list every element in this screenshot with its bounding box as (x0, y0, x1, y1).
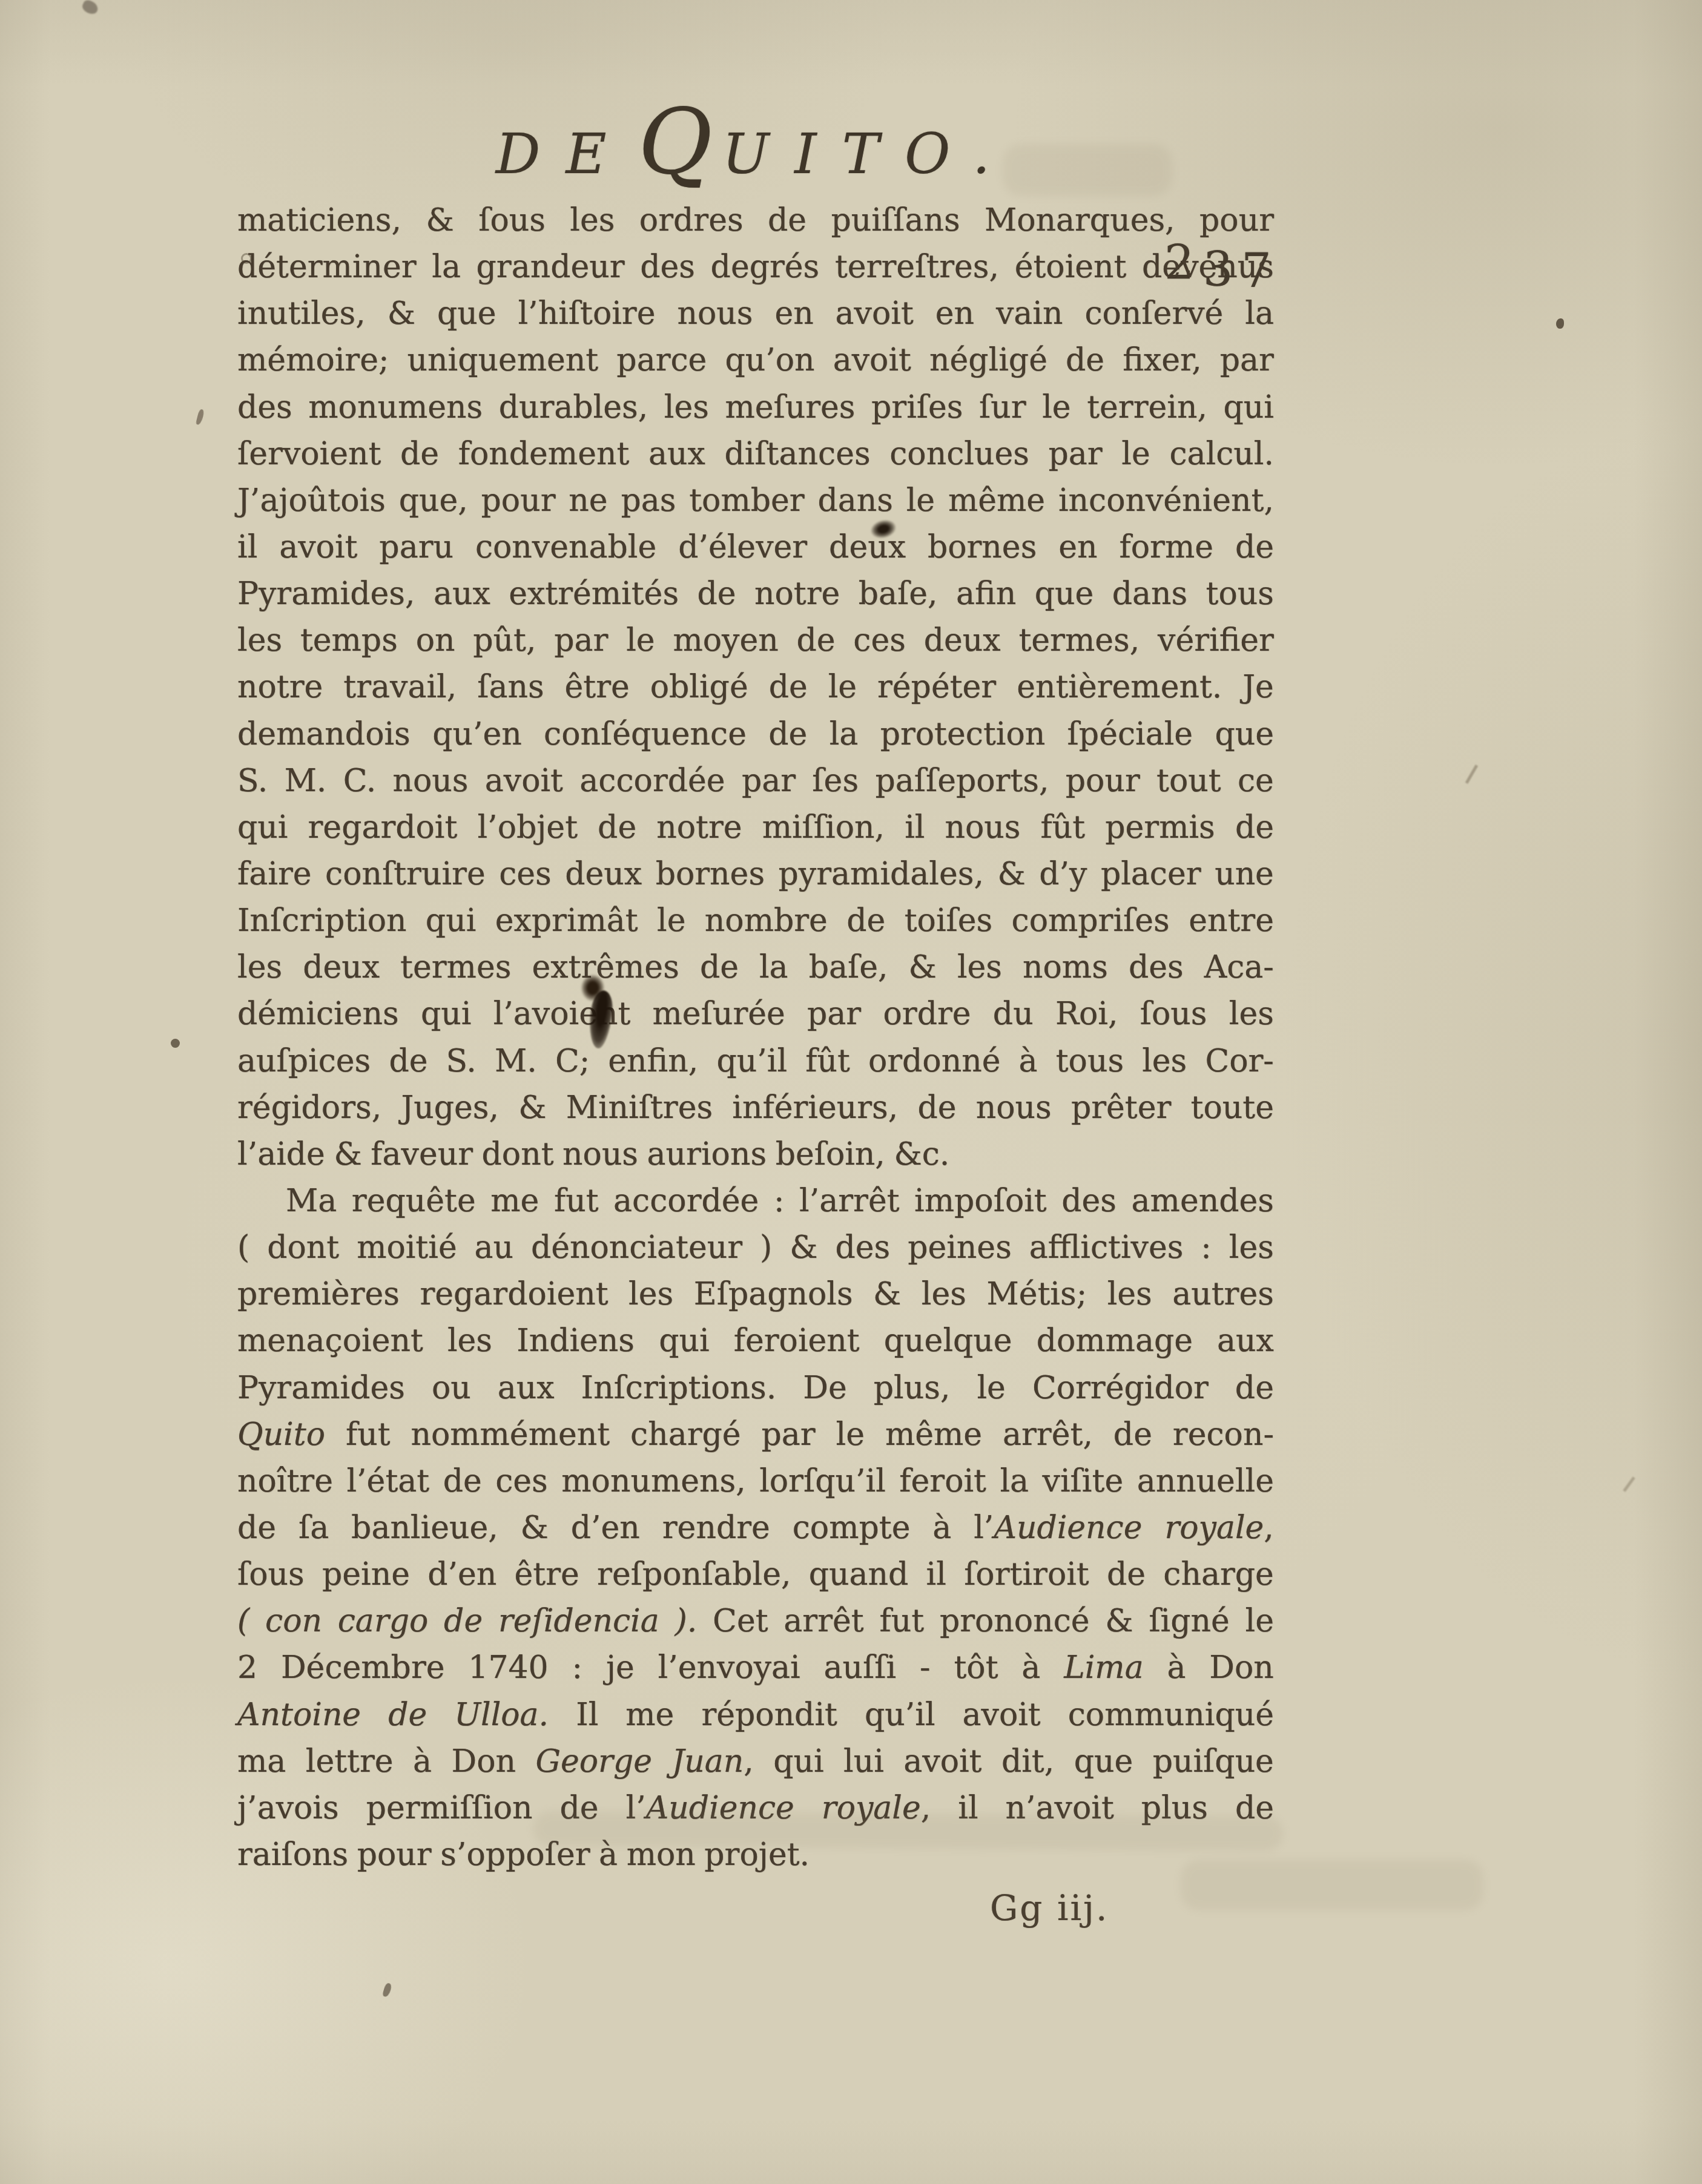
text-segment: la (1245, 295, 1274, 332)
text-word: 1740 (468, 1645, 548, 1691)
text-segment: le (828, 669, 857, 705)
text-word: vérifier (1158, 617, 1274, 664)
text-word: les (1229, 1225, 1274, 1271)
text-segment: ordonné (868, 1043, 1001, 1079)
text-segment: les (447, 1323, 492, 1359)
text-segment: termes, (1018, 622, 1140, 659)
text-word: de (1113, 1412, 1152, 1458)
text-segment: notre (237, 669, 323, 705)
text-word: ſa (299, 1505, 329, 1551)
text-word: Inſcription (237, 898, 407, 944)
text-segment: par (807, 996, 861, 1032)
text-word: ſigné (1149, 1598, 1229, 1645)
text-word: exprimât (495, 898, 638, 944)
text-segment: con (265, 1603, 322, 1639)
text-word: de (389, 1038, 427, 1085)
text-segment: terreſtres, (835, 249, 999, 285)
text-word: par (1049, 431, 1103, 478)
text-segment: enfin, (608, 1043, 698, 1079)
text-word: 2 (237, 1645, 257, 1691)
text-segment: dit, (1001, 1743, 1054, 1780)
text-word: de (237, 1505, 276, 1551)
text-segment: les (570, 202, 615, 238)
text-segment: de (918, 1090, 957, 1126)
text-segment: regardoient (420, 1276, 608, 1312)
text-word: à (413, 1738, 432, 1785)
text-word: pût, (473, 617, 536, 664)
text-segment: recon- (1173, 1416, 1274, 1453)
text-word: ſpéciale (1067, 711, 1193, 758)
text-segment: vain (996, 295, 1063, 332)
text-segment: charge (1163, 1556, 1274, 1593)
text-segment: ce (1238, 763, 1274, 799)
text-segment: l’état (346, 1463, 429, 1499)
text-word: de (444, 1598, 483, 1645)
text-word: S. (446, 1038, 477, 1085)
text-segment: négligé (929, 342, 1047, 378)
text-segment: la (759, 949, 788, 985)
text-word: qui (659, 1318, 709, 1364)
text-segment: chargé (630, 1416, 741, 1453)
text-segment: moyen (673, 622, 778, 659)
text-word: aux (434, 571, 490, 617)
text-segment: nommément (411, 1416, 610, 1453)
text-segment: ces (499, 856, 552, 892)
text-segment: démiciens (237, 996, 399, 1032)
text-line: menaçoientlesIndiensquiferoientquelquedo… (237, 1318, 1274, 1364)
text-segment: S. (237, 763, 268, 799)
text-word: Aca- (1204, 944, 1274, 991)
text-word: Décembre (281, 1645, 445, 1691)
text-word: tôt (954, 1645, 998, 1691)
text-word: diſtances (724, 431, 870, 478)
text-word: nous (677, 291, 753, 337)
text-segment: autres (1172, 1276, 1274, 1312)
text-segment: des (1061, 1183, 1117, 1219)
text-segment: de (598, 809, 636, 846)
text-word: impoſoit (914, 1178, 1047, 1225)
text-word: Corrégidor (1032, 1365, 1209, 1412)
text-segment: ). (675, 1603, 698, 1639)
text-segment: & (426, 202, 454, 238)
text-segment: qui (237, 809, 288, 846)
text-word: protection (880, 711, 1046, 758)
text-segment: ces (495, 1463, 548, 1499)
text-segment: le (1245, 1603, 1274, 1639)
text-word: compriſes (1012, 898, 1170, 944)
text-word: l’envoyai (658, 1645, 800, 1691)
text-word: conſéquence (544, 711, 747, 758)
text-segment: Monarques, (985, 202, 1175, 238)
text-segment: puiſſans (831, 202, 960, 238)
text-segment: on (416, 622, 455, 659)
text-segment: l’hiſtoire (518, 295, 655, 332)
text-word: être (515, 1551, 579, 1598)
text-segment: je (606, 1650, 635, 1686)
text-segment: me (625, 1697, 674, 1733)
text-segment: en (774, 295, 813, 332)
text-word: l’état (346, 1458, 429, 1505)
text-word: lui (843, 1738, 884, 1785)
text-segment: dommage (1037, 1323, 1193, 1359)
text-word: aux (498, 1365, 555, 1412)
margin-faint-slash (1465, 765, 1478, 784)
text-word: avoit (279, 524, 357, 571)
text-segment: notre (754, 576, 840, 612)
text-segment: pour (1066, 763, 1140, 799)
text-segment: Don (1209, 1650, 1274, 1686)
text-line: maticiens,&ſouslesordresdepuiſſansMonarq… (237, 197, 1274, 244)
text-line: noîtrel’étatdecesmonumens,lorſqu’ilferoi… (237, 1458, 1274, 1505)
text-word: des (1129, 944, 1184, 991)
text-segment: baſe, (859, 576, 938, 612)
text-word: les (957, 944, 1002, 991)
text-segment: banlieue, (351, 1510, 498, 1546)
text-segment: S. (446, 1043, 477, 1079)
text-word: afflictives (1029, 1225, 1184, 1271)
text-word: Métis; (986, 1271, 1087, 1318)
text-segment: les (922, 1276, 966, 1312)
text-word: paſſeports, (875, 758, 1049, 804)
text-word: ordonné (868, 1038, 1001, 1085)
text-word: calcul. (1169, 431, 1274, 478)
text-word: fondement (458, 431, 630, 478)
text-segment: Audience (646, 1790, 794, 1826)
text-segment: placer (1101, 856, 1201, 892)
text-line: ſouspeined’enêtrereſponſable,quandilſort… (237, 1551, 1274, 1598)
text-line: Pyramides,auxextrémitésdenotrebaſe,afinq… (237, 571, 1274, 617)
text-word: aux (1217, 1318, 1274, 1364)
text-line: l’aide&faveurdontnousaurionsbeſoin,&c. (237, 1131, 1274, 1178)
text-segment: rendre (662, 1510, 770, 1546)
text-segment: compte (793, 1510, 911, 1546)
text-word: toute (1191, 1085, 1274, 1131)
text-word: monumens, (561, 1458, 745, 1505)
text-word: raiſons (237, 1832, 348, 1878)
text-word: étoient (1015, 244, 1127, 291)
text-word: ſes (812, 758, 859, 804)
text-word: de (1235, 1365, 1274, 1412)
text-word: C. (343, 758, 376, 804)
text-word: &c. (894, 1131, 949, 1178)
text-word: des (237, 384, 292, 431)
text-word: Lima (1064, 1645, 1143, 1691)
text-word: plus (1141, 1785, 1208, 1832)
bottom-ink-mark (382, 1982, 392, 1998)
text-segment: paru (379, 529, 454, 565)
text-word: avoit (903, 1738, 981, 1785)
text-word: la (830, 711, 859, 758)
margin-dot-mark (171, 1039, 180, 1048)
text-segment: le (657, 903, 685, 939)
text-word: déterminer (237, 244, 417, 291)
text-segment: fût (805, 1043, 850, 1079)
text-segment: les (957, 949, 1002, 985)
text-segment: entre (1189, 903, 1274, 939)
text-segment: arrêt (783, 1603, 863, 1639)
text-word: accordée (579, 758, 725, 804)
text-segment: ) (760, 1229, 772, 1266)
text-line: S.M.C.nousavoitaccordéeparſespaſſeports,… (237, 758, 1274, 804)
text-segment: le (1121, 436, 1150, 472)
text-segment: les (1107, 1276, 1152, 1312)
text-segment: Antoine (237, 1697, 361, 1733)
text-word: par (1220, 337, 1274, 384)
text-segment: tôt (954, 1650, 998, 1686)
text-segment: il (926, 1556, 946, 1593)
text-word: des (1061, 1178, 1117, 1225)
text-word: nommément (411, 1412, 610, 1458)
text-segment: impoſoit (914, 1183, 1047, 1219)
text-word: qui (237, 804, 288, 851)
text-word: banlieue, (351, 1505, 498, 1551)
text-line: AntoinedeUlloa.Ilmeréponditqu’ilavoitcom… (237, 1692, 1274, 1738)
text-segment: ſous (1140, 996, 1207, 1032)
text-segment: par (1049, 436, 1103, 472)
text-line: Inſcriptionquiexprimâtlenombredetoiſesco… (237, 898, 1274, 944)
text-segment: que, (399, 482, 468, 519)
text-word: durables, (499, 384, 648, 431)
text-word: le (836, 1412, 865, 1458)
text-segment: les (237, 622, 282, 659)
text-word: de (559, 1785, 598, 1832)
text-word: : (1201, 1225, 1212, 1271)
text-word: & (1105, 1598, 1133, 1645)
text-word: annuelle (1137, 1458, 1274, 1505)
text-segment: temps (300, 622, 398, 659)
text-word: recon- (1173, 1412, 1274, 1458)
text-word: viſite (1043, 1458, 1124, 1505)
text-word: qu’il (865, 1692, 935, 1738)
text-segment: monumens (308, 389, 483, 426)
text-word: deux (565, 851, 642, 898)
text-segment: ordre (883, 996, 971, 1032)
text-word: entièrement. (1017, 664, 1222, 711)
text-word: ſous (1140, 991, 1207, 1038)
text-word: Il (576, 1692, 598, 1738)
text-segment: George (535, 1743, 652, 1780)
text-segment: de (796, 622, 835, 659)
text-word: avoit (485, 758, 563, 804)
text-segment: il (958, 1790, 978, 1826)
text-word: que, (399, 478, 468, 524)
text-word: des (836, 1225, 891, 1271)
text-segment: s’oppoſer (440, 1837, 590, 1873)
text-segment: ou (432, 1370, 471, 1406)
running-header: DE Q UITO. 237 (237, 97, 1274, 212)
text-line: auſpicesdeS.M.C;enfin,qu’ilfûtordonnéàto… (237, 1038, 1274, 1085)
text-segment: de (1113, 1416, 1152, 1453)
text-word: arrêt (783, 1598, 863, 1645)
text-segment: régidors, (237, 1090, 381, 1126)
text-segment: entièrement. (1017, 669, 1222, 705)
text-word: avoit (963, 1692, 1041, 1738)
text-segment: & (1105, 1603, 1133, 1639)
text-line: J’ajoûtoisque,pournepastomberdanslemêmei… (237, 478, 1274, 524)
text-segment: dans (817, 482, 892, 519)
text-segment: aurions (647, 1136, 767, 1173)
text-word: de (388, 1692, 427, 1738)
text-word: les (447, 1318, 492, 1364)
text-segment: pas (621, 482, 676, 519)
text-segment: Pyramides, (237, 576, 415, 612)
text-word: : (572, 1645, 583, 1691)
text-word: l’Audience (974, 1505, 1142, 1551)
text-segment: 2 (237, 1650, 257, 1686)
text-segment: termes (400, 949, 511, 985)
text-segment: reſidencia (498, 1603, 659, 1639)
text-segment: tous (1206, 576, 1274, 612)
text-segment: être (515, 1556, 579, 1593)
text-segment: lui (843, 1743, 884, 1780)
text-word: les (628, 1271, 673, 1318)
text-segment: fut (346, 1416, 391, 1453)
text-segment: & (873, 1276, 901, 1312)
text-segment: afflictives (1029, 1229, 1184, 1266)
text-word: de (700, 944, 739, 991)
text-word: quand (809, 1551, 909, 1598)
text-segment: qu’en (432, 716, 522, 752)
text-word: mémoire; (237, 337, 389, 384)
text-word: chargé (630, 1412, 741, 1458)
text-word: notre (754, 571, 840, 617)
text-word: toiſes (905, 898, 993, 944)
text-segment: puiſque (1153, 1743, 1274, 1780)
text-segment: répondit (701, 1697, 837, 1733)
text-segment: moitié (357, 1229, 457, 1266)
text-word: nous (562, 1131, 638, 1178)
text-word: : (774, 1178, 785, 1225)
text-segment: l’aide (237, 1136, 325, 1173)
text-word: les (1142, 1038, 1187, 1085)
text-word: dénonciateur (531, 1225, 742, 1271)
text-segment: Décembre (281, 1650, 445, 1686)
text-word: charge (1163, 1551, 1274, 1598)
text-word: négligé (929, 337, 1047, 384)
text-word: il (926, 1551, 946, 1598)
text-segment: d’en (571, 1510, 640, 1546)
text-segment: raiſons (237, 1837, 348, 1873)
text-segment: de (237, 1510, 276, 1546)
text-segment: prononcé (940, 1603, 1090, 1639)
text-word: qui (426, 898, 476, 944)
text-segment: les (1142, 1043, 1187, 1079)
text-word: à (1021, 1645, 1040, 1691)
text-word: l’aide (237, 1131, 325, 1178)
text-segment: , (744, 1743, 754, 1780)
text-segment: qui (659, 1323, 709, 1359)
text-segment: ( (237, 1229, 249, 1266)
text-word: ) (760, 1225, 772, 1271)
text-word: ſans (477, 664, 544, 711)
text-word: le (626, 617, 655, 664)
margin-faint-tick (1623, 1476, 1635, 1492)
text-line: 2Décembre1740:jel’envoyaiauſſi-tôtàLimaà… (237, 1645, 1274, 1691)
text-word: pour (481, 478, 556, 524)
text-word: regardoit (308, 804, 458, 851)
text-word: Juges, (401, 1085, 499, 1131)
text-word: permiſſion (366, 1785, 533, 1832)
text-word: s’oppoſer (440, 1832, 590, 1878)
text-word: être (565, 664, 630, 711)
text-word: pour (1199, 197, 1274, 244)
text-word: de (1235, 804, 1274, 851)
text-word: Antoine (237, 1692, 361, 1738)
text-word: grandeur (477, 244, 625, 291)
text-line: lestempsonpût,parlemoyendecesdeuxtermes,… (237, 617, 1274, 664)
text-word: qui (421, 991, 471, 1038)
text-segment: forme (1119, 529, 1213, 565)
text-segment: ſur (979, 389, 1026, 426)
text-segment: de (1107, 1556, 1146, 1593)
text-line: ſervoientdefondementauxdiſtancesconclues… (237, 431, 1274, 478)
text-segment: feroit (899, 1463, 986, 1499)
text-word: de (400, 431, 439, 478)
text-word: Ulloa. (454, 1692, 549, 1738)
text-segment: ſervoient (237, 436, 381, 472)
text-segment: Je (1242, 669, 1274, 705)
text-word: baſe, (809, 944, 888, 991)
text-word: ces (499, 851, 552, 898)
text-segment: menaçoient (237, 1323, 423, 1359)
text-word: & (426, 197, 454, 244)
text-word: Miniſtres (566, 1085, 713, 1131)
text-segment: qui (426, 903, 476, 939)
text-word: qu’en (432, 711, 522, 758)
text-segment: fût (1041, 809, 1086, 846)
text-word: & (334, 1131, 361, 1178)
text-line: premièresregardoientlesEſpagnols&lesMéti… (237, 1271, 1274, 1318)
text-word: le (1245, 1598, 1274, 1645)
text-word: priſes (871, 384, 963, 431)
text-segment: les (237, 949, 282, 985)
text-word: degrés (711, 244, 820, 291)
text-segment: tout (1156, 763, 1221, 799)
text-segment: beſoin, (776, 1136, 885, 1173)
text-word: en (774, 291, 813, 337)
text-segment: de (768, 716, 807, 752)
text-segment: ſes (812, 763, 859, 799)
text-word: reſponſable, (597, 1551, 791, 1598)
text-line: mémoire;uniquementparcequ’onavoitnégligé… (237, 337, 1274, 384)
text-word: S. (237, 758, 268, 804)
text-segment: extrêmes (532, 949, 679, 985)
text-segment: Pyramides (237, 1370, 405, 1406)
text-segment: de (1235, 1790, 1274, 1826)
text-word: bornes (656, 851, 765, 898)
text-word: Pyramides, (237, 571, 415, 617)
text-segment: d’en (427, 1556, 496, 1593)
text-segment: étoient (1015, 249, 1127, 285)
text-segment: Cet (713, 1603, 768, 1639)
text-word: regardoient (420, 1271, 608, 1318)
text-word: travail, (343, 664, 457, 711)
text-word: ſous (478, 197, 546, 244)
text-segment: des (836, 1229, 891, 1266)
text-word: une (1215, 851, 1274, 898)
text-word: Quito (237, 1412, 325, 1458)
text-segment: avoit (833, 342, 911, 378)
text-segment: de (1235, 529, 1274, 565)
text-word: lorſqu’il (759, 1458, 886, 1505)
text-word: d’élever (678, 524, 807, 571)
text-segment: aux (1217, 1323, 1274, 1359)
text-word: deux (829, 524, 906, 571)
text-word: quelque (884, 1318, 1012, 1364)
text-segment: le (906, 482, 935, 519)
text-segment: avoit (279, 529, 357, 565)
text-segment: ſous (478, 202, 546, 238)
